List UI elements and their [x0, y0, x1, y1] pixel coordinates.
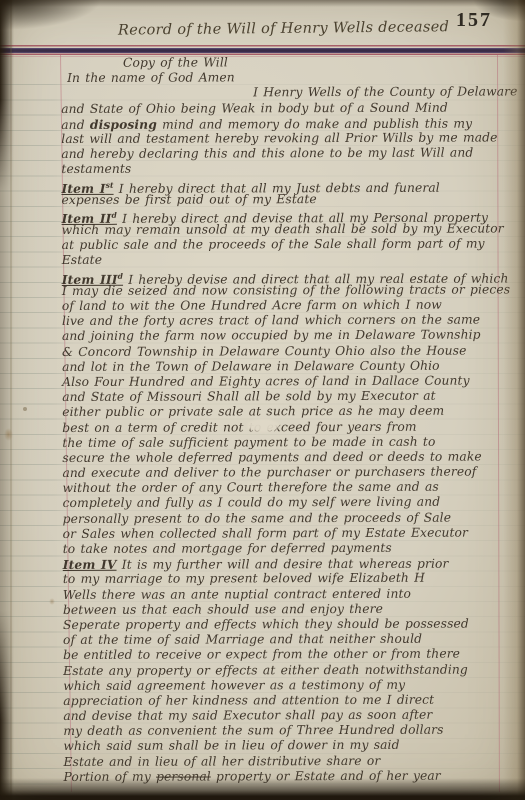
will-text-body: Copy of the WillIn the name of God AmenI…: [61, 54, 516, 785]
page-crease: [10, 0, 12, 800]
erasure-smudge: [247, 419, 279, 432]
handwritten-line: testaments: [61, 161, 513, 178]
handwritten-line: which said sum shall be in lieu of dower…: [63, 738, 515, 755]
handwritten-line: Estate and in lieu of all her distributi…: [63, 753, 515, 770]
handwritten-line: completely and fully as I could do my se…: [63, 495, 515, 512]
handwritten-line: and devise that my said Executor shall p…: [63, 707, 515, 724]
handwritten-line: appreciation of her kindness and attenti…: [63, 692, 515, 709]
handwritten-line: Item IV It is my further will and desire…: [63, 556, 515, 573]
handwritten-line: I may die seized and now consisting of t…: [62, 282, 514, 299]
top-edge-shadow: [0, 0, 525, 7]
foxing-spot: [4, 428, 13, 441]
page-header-title: Record of the Will of Henry Wells deceas…: [118, 19, 430, 38]
handwritten-line: to take notes and mortgage for deferred …: [63, 540, 515, 557]
handwritten-line: or Sales when collected shall form part …: [63, 525, 515, 542]
handwritten-line: between us that each should use and enjo…: [63, 601, 515, 618]
handwritten-line: be entitled to receive or expect from th…: [63, 647, 515, 664]
handwritten-line: & Concord Township in Delaware County Oh…: [62, 343, 514, 360]
handwritten-line: of land to wit the One Hundred Acre farm…: [62, 297, 514, 314]
handwritten-line: Also Four Hundred and Eighty acres of la…: [62, 373, 514, 390]
handwritten-line: Portion of my personal property or Estat…: [63, 768, 515, 785]
handwritten-line: to my marriage to my present beloved wif…: [63, 571, 515, 588]
handwritten-line: of at the time of said Marriage and that…: [63, 632, 515, 649]
handwritten-line: Estate: [62, 252, 514, 269]
handwritten-line: Wells there was an ante nuptial contract…: [63, 586, 515, 603]
handwritten-line: Item IIId I hereby devise and direct tha…: [62, 267, 514, 284]
handwritten-line: and State of Ohio being Weak in body but…: [61, 100, 513, 117]
handwritten-line: and joining the farm now occupied by me …: [62, 328, 514, 345]
handwritten-line: and disposing mind and memory do make an…: [61, 115, 513, 132]
handwritten-line: best on a term of credit not to exceed f…: [62, 419, 514, 436]
handwritten-line: expenses be first paid out of my Estate: [61, 191, 513, 208]
handwritten-line: Estate any property or effects at either…: [63, 662, 515, 679]
handwritten-line: the time of sale sufficient payment to b…: [62, 434, 514, 451]
handwritten-line: Item IId I hereby direct and devise that…: [62, 206, 514, 223]
handwritten-line: In the name of God Amen: [61, 70, 513, 87]
binding-edge: [0, 0, 18, 800]
handwritten-line: Item Ist I hereby direct that all my Jus…: [61, 176, 513, 193]
ledger-page-scan: Record of the Will of Henry Wells deceas…: [0, 0, 525, 800]
handwritten-line: at public sale and the proceeds of the S…: [62, 237, 514, 254]
handwritten-line: my death as convenient the sum of Three …: [63, 723, 515, 740]
handwritten-line: live and the forty acres tract of land w…: [62, 313, 514, 330]
handwritten-line: and execute and deliver to the purchaser…: [62, 464, 514, 481]
handwritten-line: personally present to do the same and th…: [63, 510, 515, 527]
handwritten-line: Copy of the Will: [61, 54, 513, 71]
handwritten-line: last will and testament hereby revoking …: [61, 130, 513, 147]
handwritten-line: Seperate property and effects which they…: [63, 616, 515, 633]
handwritten-line: without the order of any Court therefore…: [62, 480, 514, 497]
foxing-spot: [49, 598, 55, 605]
page-number: 157: [456, 9, 492, 32]
handwritten-line: I Henry Wells of the County of Delaware: [61, 85, 513, 102]
handwritten-line: and State of Missouri Shall all be sold …: [62, 389, 514, 406]
handwritten-line: which may remain unsold at my death shal…: [62, 221, 514, 238]
handwritten-line: and hereby declaring this and this alone…: [61, 146, 513, 163]
handwritten-line: either public or private sale at such pr…: [62, 404, 514, 421]
handwritten-line: which said agreement however as a testim…: [63, 677, 515, 694]
header-double-rule: [0, 45, 525, 55]
handwritten-line: and lot in the Town of Delaware in Delaw…: [62, 358, 514, 375]
handwritten-line: secure the whole deferred payments and d…: [62, 449, 514, 466]
foxing-spot: [23, 407, 27, 411]
